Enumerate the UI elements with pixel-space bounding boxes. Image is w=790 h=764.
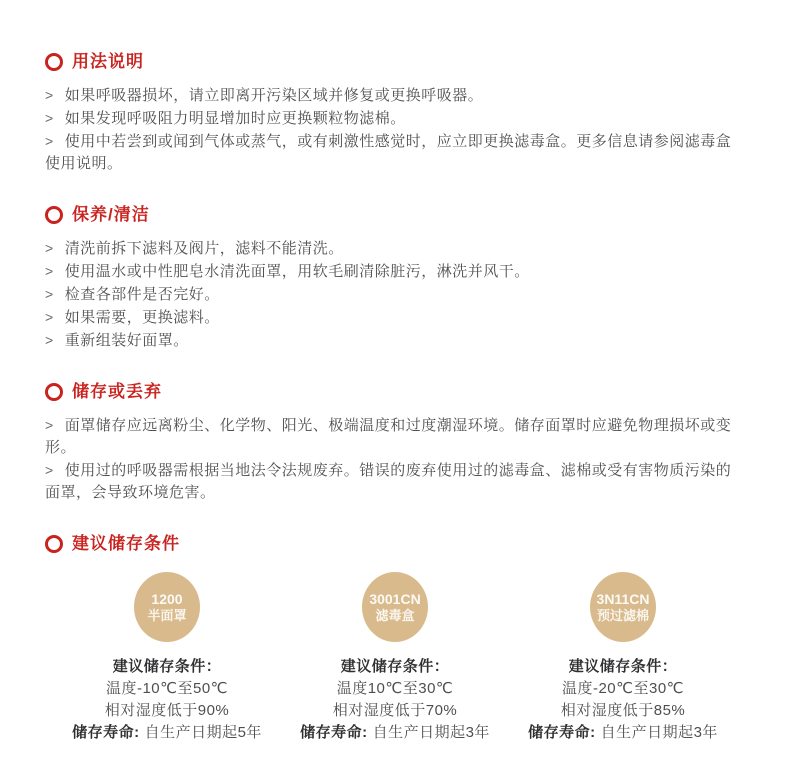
bullet-item: >重新组装好面罩。 [45,329,745,352]
storage-card-prefilter: 3N11CN 预过滤棉 建议储存条件： 温度-20℃至30℃ 相对湿度低于85%… [509,572,737,744]
bullet-text: 面罩储存应远离粉尘、化学物、阳光、极端温度和过度潮湿环境。储存面罩时应避免物理损… [45,417,731,456]
bullet-item: >如果呼吸器损坏，请立即离开污染区域并修复或更换呼吸器。 [45,84,745,107]
bullet-item: >使用中若尝到或闻到气体或蒸气，或有刺激性感觉时，应立即更换滤毒盒。更多信息请参… [45,130,745,175]
badge-model: 3N11CN [597,591,650,608]
section-storage-or-disposal: 储存或丢弃 >面罩储存应远离粉尘、化学物、阳光、极端温度和过度潮湿环境。储存面罩… [45,382,745,504]
section-title: 用法说明 [72,52,144,72]
product-badge-icon: 1200 半面罩 [134,572,200,642]
red-ring-icon [45,206,63,224]
bullet-item: >清洗前拆下滤料及阀片，滤料不能清洗。 [45,237,745,260]
badge-name: 滤毒盒 [375,608,414,624]
bullet-text: 清洗前拆下滤料及阀片，滤料不能清洗。 [65,240,344,257]
card-shelf-life: 储存寿命:自生产日期起5年 [72,722,262,744]
badge-name: 半面罩 [147,608,186,624]
bullet-item: >面罩储存应远离粉尘、化学物、阳光、极端温度和过度潮湿环境。储存面罩时应避免物理… [45,414,745,459]
card-heading: 建议储存条件： [341,656,450,678]
section-title: 储存或丢弃 [72,382,162,402]
card-temperature: 温度-10℃至50℃ [106,678,228,700]
red-ring-icon [45,53,63,71]
section-title: 保养/清洁 [72,205,150,225]
badge-model: 3001CN [369,591,420,608]
card-humidity: 相对湿度低于85% [561,700,686,722]
section-header: 建议储存条件 [45,534,745,554]
shelf-life-value: 自生产日期起3年 [601,724,718,741]
bullet-marker: > [45,110,65,126]
bullet-item: >如果发现呼吸阻力明显增加时应更换颗粒物滤棉。 [45,107,745,130]
section-header: 保养/清洁 [45,205,745,225]
bullet-marker: > [45,417,65,433]
bullet-text: 使用温水或中性肥皂水清洗面罩，用软毛刷清除脏污，淋洗并风干。 [65,263,530,280]
bullet-list: >如果呼吸器损坏，请立即离开污染区域并修复或更换呼吸器。 >如果发现呼吸阻力明显… [45,84,745,175]
bullet-marker: > [45,240,65,256]
product-instructions-page: 用法说明 >如果呼吸器损坏，请立即离开污染区域并修复或更换呼吸器。 >如果发现呼… [0,0,790,764]
bullet-marker: > [45,309,65,325]
card-temperature: 温度-20℃至30℃ [562,678,684,700]
bullet-marker: > [45,87,65,103]
bullet-marker: > [45,332,65,348]
bullet-text: 如果发现呼吸阻力明显增加时应更换颗粒物滤棉。 [65,110,406,127]
bullet-marker: > [45,133,65,149]
card-temperature: 温度10℃至30℃ [337,678,454,700]
card-heading: 建议储存条件： [113,656,222,678]
bullet-text: 检查各部件是否完好。 [65,286,220,303]
bullet-list: >清洗前拆下滤料及阀片，滤料不能清洗。 >使用温水或中性肥皂水清洗面罩，用软毛刷… [45,237,745,352]
card-shelf-life: 储存寿命:自生产日期起3年 [300,722,490,744]
shelf-life-value: 自生产日期起3年 [373,724,490,741]
bullet-text: 使用过的呼吸器需根据当地法令法规废弃。错误的废弃使用过的滤毒盒、滤棉或受有害物质… [45,462,731,501]
bullet-text: 使用中若尝到或闻到气体或蒸气，或有刺激性感觉时，应立即更换滤毒盒。更多信息请参阅… [45,133,731,172]
bullet-item: >检查各部件是否完好。 [45,283,745,306]
bullet-text: 如果需要，更换滤料。 [65,309,220,326]
section-header: 用法说明 [45,52,745,72]
bullet-marker: > [45,286,65,302]
badge-model: 1200 [151,591,182,608]
storage-card-half-mask: 1200 半面罩 建议储存条件： 温度-10℃至50℃ 相对湿度低于90% 储存… [53,572,281,744]
shelf-life-label: 储存寿命: [528,724,596,741]
bullet-item: >使用温水或中性肥皂水清洗面罩，用软毛刷清除脏污，淋洗并风干。 [45,260,745,283]
section-recommended-storage-conditions: 建议储存条件 1200 半面罩 建议储存条件： 温度-10℃至50℃ 相对湿度低… [45,534,745,744]
storage-cards-row: 1200 半面罩 建议储存条件： 温度-10℃至50℃ 相对湿度低于90% 储存… [45,572,745,744]
product-badge-icon: 3001CN 滤毒盒 [362,572,428,642]
product-badge-icon: 3N11CN 预过滤棉 [590,572,656,642]
shelf-life-label: 储存寿命: [72,724,140,741]
section-usage-instructions: 用法说明 >如果呼吸器损坏，请立即离开污染区域并修复或更换呼吸器。 >如果发现呼… [45,52,745,175]
bullet-marker: > [45,462,65,478]
card-shelf-life: 储存寿命:自生产日期起3年 [528,722,718,744]
section-title: 建议储存条件 [72,534,180,554]
shelf-life-value: 自生产日期起5年 [145,724,262,741]
bullet-list: >面罩储存应远离粉尘、化学物、阳光、极端温度和过度潮湿环境。储存面罩时应避免物理… [45,414,745,504]
shelf-life-label: 储存寿命: [300,724,368,741]
bullet-text: 重新组装好面罩。 [65,332,189,349]
card-heading: 建议储存条件： [569,656,678,678]
bullet-item: >如果需要，更换滤料。 [45,306,745,329]
card-humidity: 相对湿度低于90% [105,700,230,722]
section-maintenance-cleaning: 保养/清洁 >清洗前拆下滤料及阀片，滤料不能清洗。 >使用温水或中性肥皂水清洗面… [45,205,745,352]
red-ring-icon [45,535,63,553]
storage-card-cartridge: 3001CN 滤毒盒 建议储存条件： 温度10℃至30℃ 相对湿度低于70% 储… [281,572,509,744]
card-humidity: 相对湿度低于70% [333,700,458,722]
badge-name: 预过滤棉 [597,608,649,624]
bullet-text: 如果呼吸器损坏，请立即离开污染区域并修复或更换呼吸器。 [65,87,484,104]
bullet-marker: > [45,263,65,279]
content-area: 用法说明 >如果呼吸器损坏，请立即离开污染区域并修复或更换呼吸器。 >如果发现呼… [0,0,790,744]
red-ring-icon [45,383,63,401]
section-header: 储存或丢弃 [45,382,745,402]
bullet-item: >使用过的呼吸器需根据当地法令法规废弃。错误的废弃使用过的滤毒盒、滤棉或受有害物… [45,459,745,504]
